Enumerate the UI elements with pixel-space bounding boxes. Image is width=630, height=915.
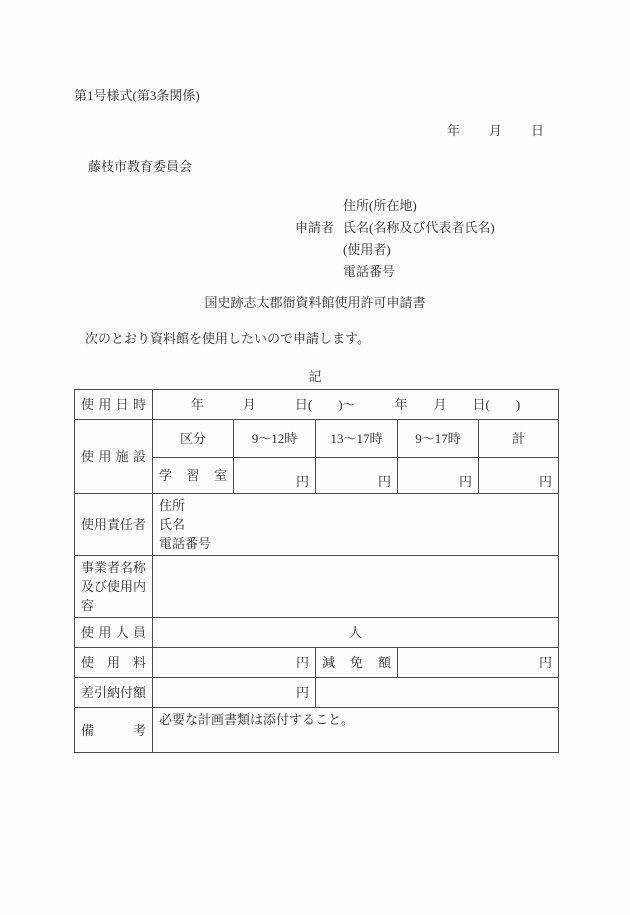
table-row-remarks: 備 考 必要な計画書類は添付すること。 — [75, 708, 559, 753]
addressee: 藤枝市教育委員会 — [88, 156, 192, 175]
personnel-value-cell: 人 — [153, 618, 559, 648]
table-row-business: 事業者名称及び使用内容 — [75, 556, 559, 618]
remarks-note-cell: 必要な計画書類は添付すること。 — [153, 708, 559, 753]
applicant-user-line: (使用者) — [343, 239, 495, 261]
applicant-address-line: 住所(所在地) — [343, 195, 495, 217]
responsible-info-cell: 住所 氏名 電話番号 — [153, 494, 559, 556]
personnel-label: 使 用 人 員 — [75, 618, 153, 648]
application-form-page: 第1号様式(第3条関係) 年 月 日 藤枝市教育委員会 申請者 住所(所在地) … — [0, 0, 630, 915]
table-row-responsible: 使用責任者 住所 氏名 電話番号 — [75, 494, 559, 556]
table-row-personnel: 使 用 人 員 人 — [75, 618, 559, 648]
application-table: 使 用 日 時 年 月 日( )～ 年 月 日( ) 使 用 施 設 区分 9～… — [74, 389, 559, 753]
remarks-label: 備 考 — [75, 708, 153, 753]
table-row-usage-datetime: 使 用 日 時 年 月 日( )～ 年 月 日( ) — [75, 390, 559, 420]
applicant-info-block: 住所(所在地) 氏名(名称及び代表者氏名) (使用者) 電話番号 — [343, 195, 495, 283]
date-placeholder: 年 月 日 — [447, 120, 545, 139]
document-title: 国史跡志太郡衙資料館使用許可申請書 — [0, 292, 630, 311]
fee-label: 使 用 料 — [75, 648, 153, 678]
facility-time-header-2: 13～17時 — [316, 420, 398, 458]
applicant-phone-line: 電話番号 — [343, 261, 495, 283]
study-room-fee-3: 円 — [398, 458, 479, 494]
responsible-address-line: 住所 — [159, 496, 552, 515]
business-content-cell — [153, 556, 559, 618]
responsible-phone-line: 電話番号 — [159, 534, 552, 553]
table-row-net-payment: 差引納付額 円 — [75, 678, 559, 708]
study-room-fee-1: 円 — [234, 458, 316, 494]
facility-time-header-1: 9～12時 — [234, 420, 316, 458]
net-payment-label: 差引納付額 — [75, 678, 153, 708]
usage-datetime-value: 年 月 日( )～ 年 月 日( ) — [153, 390, 559, 420]
facility-time-header-3: 9～17時 — [398, 420, 479, 458]
study-room-fee-2: 円 — [316, 458, 398, 494]
form-number: 第1号様式(第3条関係) — [74, 85, 200, 104]
table-row-facility-header: 使 用 施 設 区分 9～12時 13～17時 9～17時 計 — [75, 420, 559, 458]
applicant-label: 申請者 — [295, 217, 334, 236]
business-label: 事業者名称及び使用内容 — [75, 556, 153, 618]
table-row-fee: 使 用 料 円 減 免 額 円 — [75, 648, 559, 678]
reduction-amount-cell: 円 — [398, 648, 559, 678]
net-payment-amount-cell: 円 — [153, 678, 316, 708]
facility-total-header: 計 — [479, 420, 559, 458]
responsible-name-line: 氏名 — [159, 515, 552, 534]
facility-label: 使 用 施 設 — [75, 420, 153, 494]
fee-amount-cell: 円 — [153, 648, 316, 678]
reduction-label: 減 免 額 — [316, 648, 398, 678]
facility-category-header: 区分 — [153, 420, 234, 458]
study-room-label: 学 習 室 — [153, 458, 234, 494]
intro-text: 次のとおり資料館を使用したいので申請します。 — [85, 328, 370, 347]
applicant-name-line: 氏名(名称及び代表者氏名) — [343, 217, 495, 239]
responsible-label: 使用責任者 — [75, 494, 153, 556]
usage-datetime-label: 使 用 日 時 — [75, 390, 153, 420]
net-payment-empty-cell — [316, 678, 559, 708]
record-mark: 記 — [0, 366, 630, 385]
study-room-fee-total: 円 — [479, 458, 559, 494]
